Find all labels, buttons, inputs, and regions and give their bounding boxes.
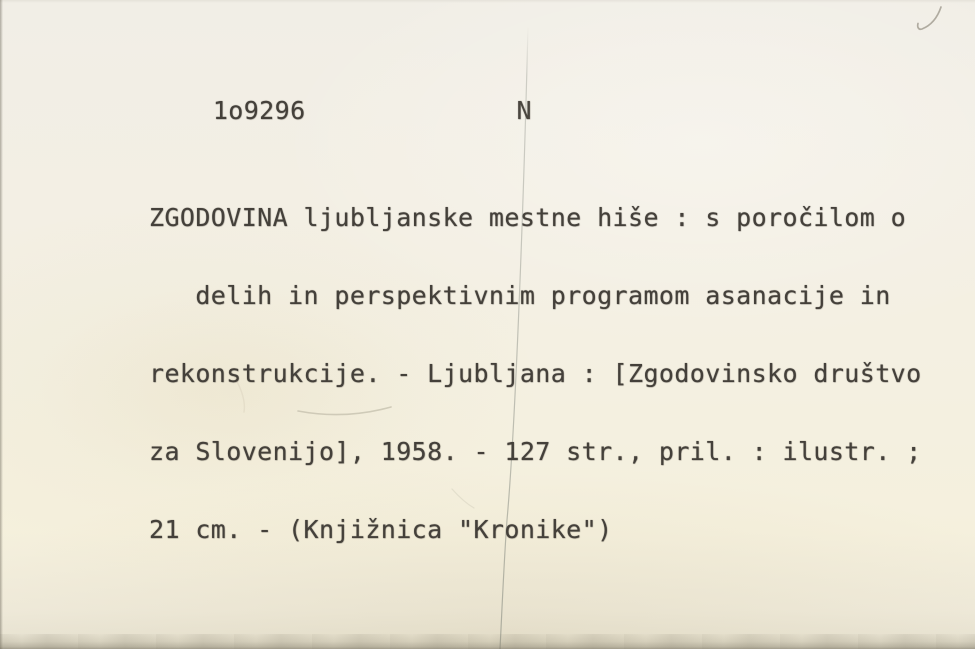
card-bottom-edge — [0, 634, 975, 649]
pen-mark — [918, 7, 941, 29]
catalog-entry-line: delih in perspektivnim programom asanaci… — [149, 283, 922, 309]
catalog-entry-line: 21 cm. - (Knjižnica "Kronike") — [149, 517, 922, 543]
card-header: 1o9296N — [151, 72, 532, 150]
card-left-edge — [0, 0, 3, 649]
card-top-edge — [0, 0, 975, 3]
catalog-card-scan: 1o9296N ZGODOVINA ljubljanske mestne hiš… — [0, 0, 975, 649]
catalog-entry-line: ZGODOVINA ljubljanske mestne hiše : s po… — [149, 205, 922, 231]
catalog-entry: ZGODOVINA ljubljanske mestne hiše : s po… — [149, 153, 922, 595]
catalog-entry-line: rekonstrukcije. - Ljubljana : [Zgodovins… — [149, 361, 922, 387]
call-number: 1o9296 — [213, 96, 306, 125]
section-letter: N — [517, 98, 532, 124]
catalog-entry-line: za Slovenijo], 1958. - 127 str., pril. :… — [149, 439, 922, 465]
